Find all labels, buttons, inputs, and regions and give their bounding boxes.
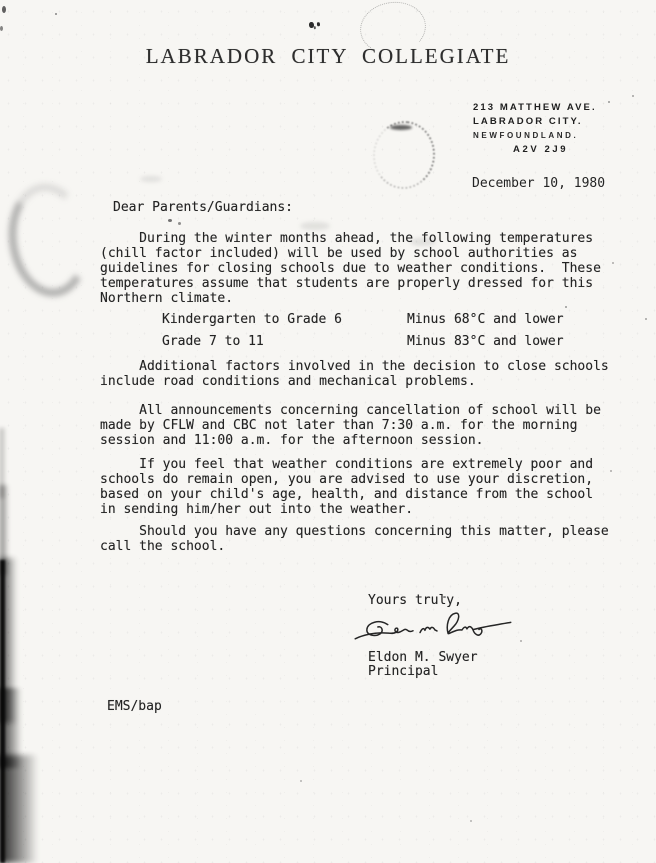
letter-date: December 10, 1980 [472,176,605,191]
scan-edge-shadow [0,485,9,575]
signatory-title: Principal [368,664,438,679]
scan-edge-shadow [0,558,17,723]
valediction: Yours truly, [368,593,462,608]
scan-speck [608,101,610,103]
stain-ring-blob [390,125,412,130]
address-province: NEWFOUNDLAND. [473,129,583,143]
address-city: LABRADOR CITY. [473,115,583,129]
letter-body: Dear Parents/Guardians: During the winte… [100,200,615,554]
smudge [140,176,162,182]
paragraph-questions: Should you have any questions concerning… [100,524,615,554]
scan-speck [300,780,302,782]
scan-edge-shadow [0,428,6,498]
reference-initials: EMS/bap [107,699,162,714]
paragraph-announcements: All announcements concerning cancellatio… [100,403,615,448]
closing-block: Yours truly, Eldon M. Swyer Principal [352,593,572,693]
signatory-name: Eldon M. Swyer [368,650,478,665]
paragraph-winter-temperatures: During the winter months ahead, the foll… [100,231,615,306]
scan-edge-shadow [0,755,38,863]
school-name-header: LABRADOR CITY COLLEGIATE [0,44,656,69]
scan-speck [2,6,6,13]
scan-speck [470,820,472,822]
handwritten-signature [351,606,517,656]
salutation: Dear Parents/Guardians: [113,200,615,215]
paragraph-parent-discretion: If you feel that weather conditions are … [100,457,615,517]
scan-speck [0,26,3,31]
scanned-letter-page: LABRADOR CITY COLLEGIATE 213 MATTHEW AVE… [0,0,656,863]
temperature-guidelines-table: Kindergarten to Grade 6 Minus 68°C and l… [100,312,615,349]
stain-arc-left [1,178,96,302]
grades-cell: Kindergarten to Grade 6 [162,312,407,327]
grades-cell: Grade 7 to 11 [162,334,407,349]
stain-ring-middle [370,118,439,192]
threshold-cell: Minus 83°C and lower [407,334,564,349]
scan-edge-shadow [0,560,5,863]
scan-speck [55,13,57,15]
school-address-block: 213 MATTHEW AVE. LABRADOR CITY. NEWFOUND… [473,101,583,157]
threshold-cell: Minus 68°C and lower [407,312,564,327]
ink-smudge-mark [309,22,315,28]
address-street: 213 MATTHEW AVE. [473,101,583,115]
scan-speck [645,318,647,320]
scan-edge-shadow [0,688,22,768]
paragraph-additional-factors: Additional factors involved in the decis… [100,359,615,389]
scan-speck [632,95,634,97]
table-row: Grade 7 to 11 Minus 83°C and lower [100,334,615,349]
table-row: Kindergarten to Grade 6 Minus 68°C and l… [100,312,615,327]
address-postal-code: A2V 2J9 [513,143,583,157]
